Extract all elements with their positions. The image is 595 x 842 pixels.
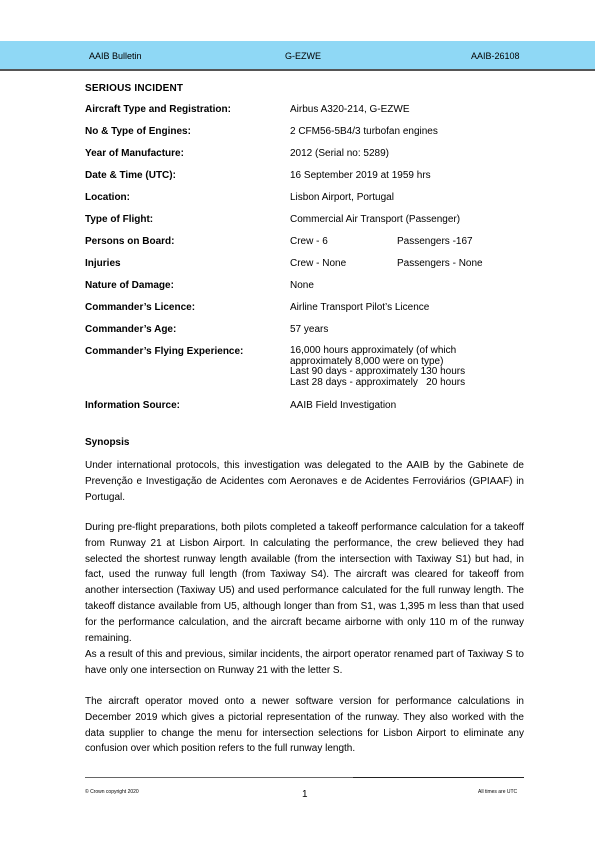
fact-row: Injuries Crew - None Passengers - None <box>85 258 525 280</box>
fact-value: 2 CFM56-5B4/3 turbofan engines <box>290 126 438 137</box>
fact-label: No & Type of Engines: <box>85 126 191 137</box>
fact-value: Airline Transport Pilot’s Licence <box>290 302 429 313</box>
synopsis-paragraph: As a result of this and previous, simila… <box>85 647 524 679</box>
synopsis-heading: Synopsis <box>85 437 129 448</box>
fact-value-secondary: Passengers -167 <box>397 236 473 247</box>
fact-row: Information Source: AAIB Field Investiga… <box>85 400 525 422</box>
fact-value: None <box>290 280 314 291</box>
incident-facts-table: Aircraft Type and Registration: Airbus A… <box>85 104 525 422</box>
fact-row: Commander’s Licence: Airline Transport P… <box>85 302 525 324</box>
fact-value-secondary: Passengers - None <box>397 258 483 269</box>
fact-value: 57 years <box>290 324 328 335</box>
fact-label: Injuries <box>85 258 121 269</box>
fact-value: 2012 (Serial no: 5289) <box>290 148 389 159</box>
experience-line: Last 28 days - approximately 20 hours <box>290 378 465 389</box>
fact-row: Type of Flight: Commercial Air Transport… <box>85 214 525 236</box>
footer-divider <box>85 777 524 778</box>
fact-label: Location: <box>85 192 130 203</box>
fact-label: Nature of Damage: <box>85 280 174 291</box>
synopsis-paragraph: The aircraft operator moved onto a newer… <box>85 694 524 757</box>
fact-row: No & Type of Engines: 2 CFM56-5B4/3 turb… <box>85 126 525 148</box>
fact-row: Date & Time (UTC): 16 September 2019 at … <box>85 170 525 192</box>
fact-label: Information Source: <box>85 400 180 411</box>
bulletin-header: AAIB Bulletin G-EZWE AAIB-26108 <box>0 41 595 71</box>
fact-label: Persons on Board: <box>85 236 174 247</box>
fact-row: Year of Manufacture: 2012 (Serial no: 52… <box>85 148 525 170</box>
fact-value: Crew - 6 <box>290 236 328 247</box>
experience-value: 16,000 hours approximately (of which app… <box>290 346 465 388</box>
fact-label: Date & Time (UTC): <box>85 170 176 181</box>
copyright-notice: © Crown copyright 2020 <box>85 789 139 795</box>
fact-value: Crew - None <box>290 258 346 269</box>
experience-line: Last 90 days - approximately 130 hours <box>290 367 465 378</box>
fact-row: Nature of Damage: None <box>85 280 525 302</box>
fact-label: Year of Manufacture: <box>85 148 184 159</box>
fact-row: Location: Lisbon Airport, Portugal <box>85 192 525 214</box>
fact-value: Airbus A320-214, G-EZWE <box>290 104 410 115</box>
fact-value: AAIB Field Investigation <box>290 400 396 411</box>
bulletin-name: AAIB Bulletin <box>89 51 142 61</box>
fact-row: Aircraft Type and Registration: Airbus A… <box>85 104 525 126</box>
fact-value: Commercial Air Transport (Passenger) <box>290 214 460 225</box>
synopsis-paragraph: Under international protocols, this inve… <box>85 458 524 505</box>
fact-row: Persons on Board: Crew - 6 Passengers -1… <box>85 236 525 258</box>
aircraft-registration: G-EZWE <box>285 51 321 61</box>
fact-label: Type of Flight: <box>85 214 153 225</box>
synopsis-paragraph: During pre-flight preparations, both pil… <box>85 520 524 646</box>
fact-value: Lisbon Airport, Portugal <box>290 192 394 203</box>
time-zone-note: All times are UTC <box>478 789 517 795</box>
fact-label: Aircraft Type and Registration: <box>85 104 231 115</box>
page-number: 1 <box>302 789 308 800</box>
fact-value: 16 September 2019 at 1959 hrs <box>290 170 431 181</box>
fact-label: Commander’s Age: <box>85 324 176 335</box>
page-title: SERIOUS INCIDENT <box>85 83 183 94</box>
fact-label: Commander’s Flying Experience: <box>85 346 243 357</box>
fact-row: Commander’s Age: 57 years <box>85 324 525 346</box>
experience-line: 16,000 hours approximately (of which <box>290 346 465 357</box>
fact-label: Commander’s Licence: <box>85 302 195 313</box>
bulletin-reference: AAIB-26108 <box>471 51 520 61</box>
fact-row-experience: Commander’s Flying Experience: 16,000 ho… <box>85 346 525 400</box>
